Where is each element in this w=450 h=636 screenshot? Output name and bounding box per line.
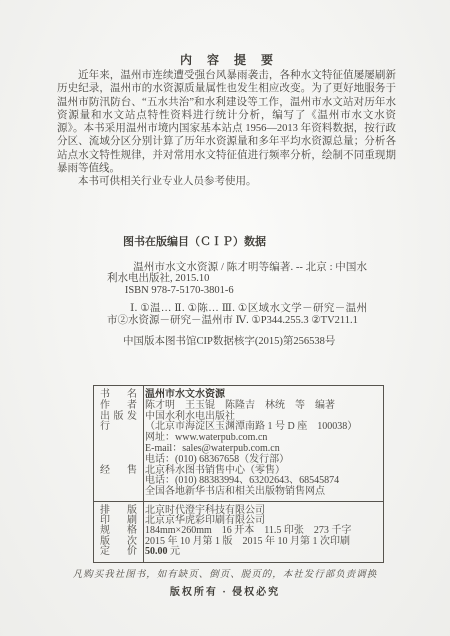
page-footer: 凡购买我社图书，如有缺页、倒页、脱页的，本社发行部负责调换 版权所有 · 侵权必… xyxy=(0,566,450,598)
row-value: 北京科水图书销售中心（零售） 电话：(010) 88383994、6320264… xyxy=(137,466,383,498)
column-divider-line xyxy=(143,386,144,562)
row-label: 定 价 xyxy=(94,547,137,557)
cip-record-number: 中国版本图书馆CIP数据核字(2015)第256538号 xyxy=(123,336,367,348)
publisher-phone: 电话：(010) 68367658（发行部） xyxy=(145,455,379,466)
price-unit: 元 xyxy=(168,546,181,557)
table-row-distributor: 经 售 北京科水图书销售中心（零售） 电话：(010) 88383994、632… xyxy=(94,466,383,498)
table-row-authors: 作 者 陈才明 王玉锟 陈隆吉 林统 等 编著 xyxy=(94,401,383,412)
row-label: 出版发行 xyxy=(94,412,137,466)
copyright-notice: 版权所有 · 侵权必究 xyxy=(0,583,450,598)
summary-paragraph: 本书可供相关行业专业人员参考使用。 xyxy=(57,175,396,188)
row-value: 50.00 元 xyxy=(137,547,383,557)
summary-body: 近年来，温州市连续遭受强台风暴雨袭击，各种水文特征值屡屡刷新历史纪录，温州市的水… xyxy=(57,69,396,189)
table-row-price: 定 价 50.00 元 xyxy=(94,547,383,557)
table-row-edition: 版 次 2015 年 10 月第 1 版 2015 年 10 月第 1 次印刷 xyxy=(94,537,383,547)
colophon-table: 书 名 温州市水文水资源 作 者 陈才明 王玉锟 陈隆吉 林统 等 编著 出版发… xyxy=(93,385,384,563)
cip-title-line: 温州市水文水资源 / 陈才明等编著. -- 北京 : 中国水利水电出版社, 20… xyxy=(107,262,367,285)
row-value: 陈才明 王玉锟 陈隆吉 林统 等 编著 xyxy=(137,401,383,412)
isbn-line: ISBN 978-7-5170-3801-6 xyxy=(107,285,367,297)
table-row-publisher: 出版发行 中国水利水电出版社 （北京市海淀区玉渊潭南路 1 号 D 座 1000… xyxy=(94,412,383,466)
cip-heading: 图书在版编目（ＣＩＰ）数据 xyxy=(123,237,367,249)
row-label: 经 售 xyxy=(94,466,137,498)
book-copyright-page: 内 容 提 要 近年来，温州市连续遭受强台风暴雨袭击，各种水文特征值屡屡刷新历史… xyxy=(0,0,450,636)
row-label: 作 者 xyxy=(94,401,137,412)
row-value: 中国水利水电出版社 （北京市海淀区玉渊潭南路 1 号 D 座 100038） 网… xyxy=(137,412,383,466)
cip-block: 图书在版编目（ＣＩＰ）数据 温州市水文水资源 / 陈才明等编著. -- 北京 :… xyxy=(107,237,367,348)
replacement-notice: 凡购买我社图书，如有缺页、倒页、脱页的，本社发行部负责调换 xyxy=(0,566,450,580)
price-value: 50.00 xyxy=(145,546,168,557)
summary-heading: 内 容 提 要 xyxy=(57,51,396,68)
colophon-lower-section: 排 版 北京时代澄宇科技有限公司 印 刷 北京京华虎彩印刷有限公司 规 格 18… xyxy=(94,501,383,562)
cip-classification-line: Ⅰ. ①温… Ⅱ. ①陈… Ⅲ. ①区域水文学－研究－温州市②水资源－研究－温州… xyxy=(107,303,367,326)
distributor-outlets: 全国各地新华书店和相关出版物销售网点 xyxy=(145,487,379,498)
colophon-upper-section: 书 名 温州市水文水资源 作 者 陈才明 王玉锟 陈隆吉 林统 等 编著 出版发… xyxy=(94,386,383,501)
summary-paragraph: 近年来，温州市连续遭受强台风暴雨袭击，各种水文特征值屡屡刷新历史纪录，温州市的水… xyxy=(57,69,396,175)
